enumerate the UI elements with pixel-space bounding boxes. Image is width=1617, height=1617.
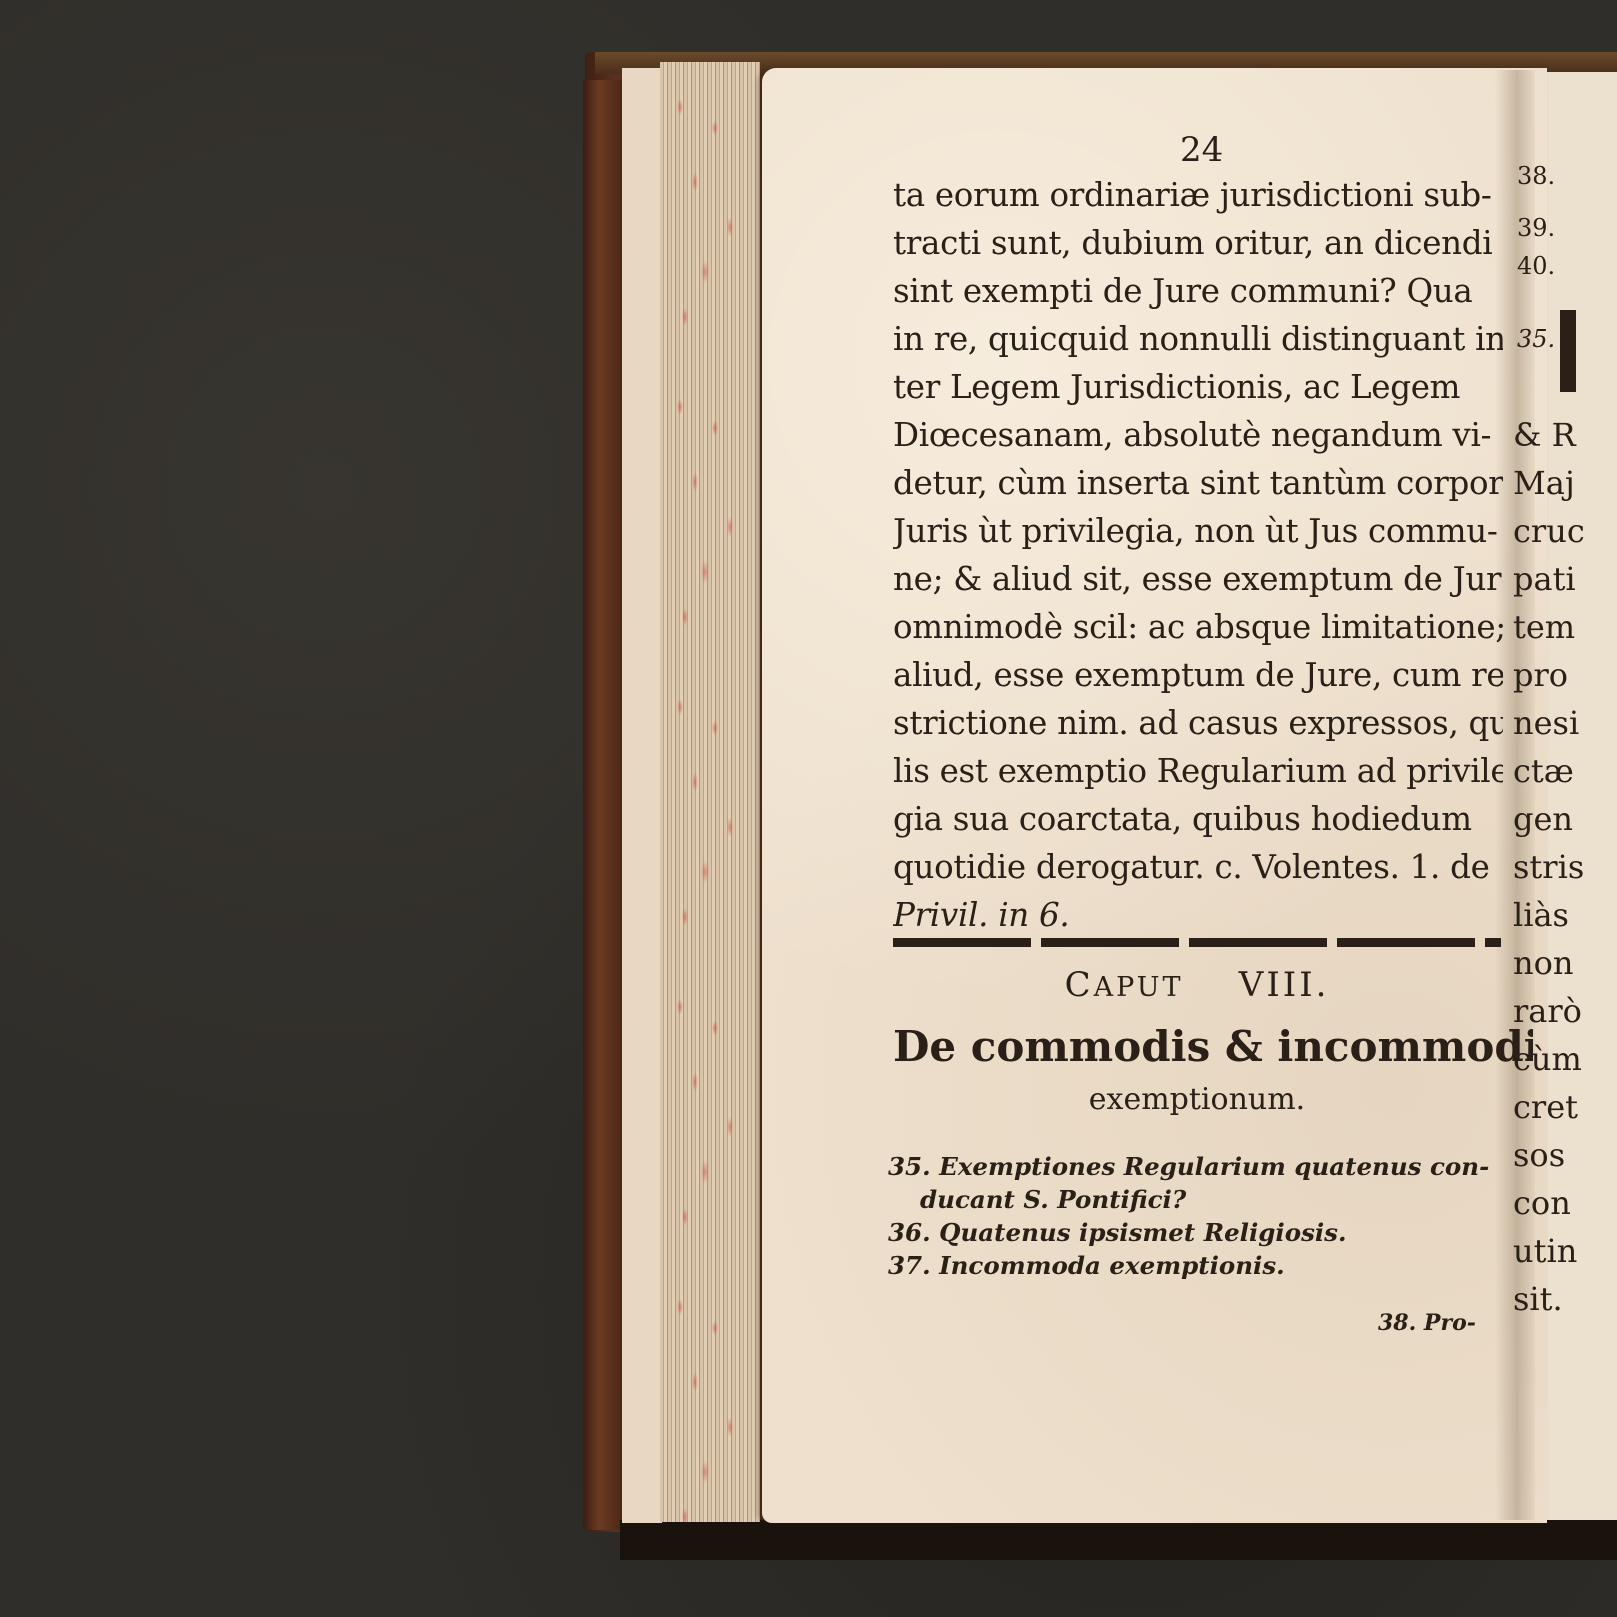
chapter-label-initial: C — [1065, 965, 1094, 1005]
text-line: lis est exemptio Regularium ad privile- — [893, 748, 1503, 796]
summary-text: Incommoda exemptionis. — [939, 1251, 1285, 1280]
text-line: ta eorum ordinariæ jurisdictioni sub- — [893, 172, 1503, 220]
summary-number: 36. — [888, 1218, 931, 1247]
chapter-title-continued: exemptionum. — [893, 1082, 1501, 1117]
text-line: omnimodè scil: ac absque limitatione; — [893, 604, 1503, 652]
facing-line: nesi — [1513, 700, 1617, 748]
facing-line: pati — [1513, 556, 1617, 604]
citation-line: Privil. in 6. — [893, 892, 1503, 940]
facing-line: sos — [1513, 1132, 1617, 1180]
summary-item: 35. Exemptiones Regularium quatenus con- — [888, 1150, 1508, 1183]
shadow — [620, 1520, 1617, 1560]
text-line: Diœcesanam, absolutè negandum vi- — [893, 412, 1503, 460]
text-line: gia sua coarctata, quibus hodiedum — [893, 796, 1503, 844]
facing-summary-number: 38. — [1517, 162, 1617, 190]
section-divider-rule — [893, 938, 1501, 947]
facing-line: cret — [1513, 1084, 1617, 1132]
chapter-label: CAPUT VIII. — [893, 965, 1501, 1005]
book-spine — [583, 80, 623, 1530]
chapter-title: De commodis & incommodis — [893, 1022, 1533, 1071]
text-line: sint exempti de Jure communi? Qua — [893, 268, 1503, 316]
text-line: aliud, esse exemptum de Jure, cum re- — [893, 652, 1503, 700]
summary-item: 37. Incommoda exemptionis. — [888, 1249, 1508, 1282]
drop-capital-fragment — [1560, 310, 1576, 392]
facing-line: utin — [1513, 1228, 1617, 1276]
summary-item: 36. Quatenus ipsismet Religiosis. — [888, 1216, 1508, 1249]
back-page-block — [622, 68, 662, 1523]
facing-line: Maj — [1513, 460, 1617, 508]
facing-summary-number: 40. — [1517, 252, 1617, 280]
facing-line: tem — [1513, 604, 1617, 652]
facing-line: liàs — [1513, 892, 1617, 940]
facing-line: cùm — [1513, 1036, 1617, 1084]
facing-line: rarò — [1513, 988, 1617, 1036]
facing-line: pro — [1513, 652, 1617, 700]
summary-text: ducant S. Pontifici? — [920, 1185, 1186, 1214]
facing-line: gen — [1513, 796, 1617, 844]
summary-number: 37. — [888, 1251, 931, 1280]
chapter-number: VIII. — [1239, 965, 1330, 1005]
facing-summary-number: 39. — [1517, 214, 1617, 242]
text-line: Juris ùt privilegia, non ùt Jus commu- — [893, 508, 1503, 556]
summary-text: Exemptiones Regularium quatenus con- — [939, 1152, 1489, 1181]
facing-line: sit. — [1513, 1276, 1617, 1324]
facing-line: stris — [1513, 844, 1617, 892]
facing-line: non — [1513, 940, 1617, 988]
facing-line: ctæ — [1513, 748, 1617, 796]
chapter-label-smallcaps: APUT — [1094, 972, 1184, 1003]
summary-number: 35. — [888, 1152, 931, 1181]
text-line: ter Legem Jurisdictionis, ac Legem — [893, 364, 1503, 412]
text-line: quotidie derogatur. c. Volentes. 1. de — [893, 844, 1503, 892]
summary-text: Quatenus ipsismet Religiosis. — [939, 1218, 1346, 1247]
summary-item: ducant S. Pontifici? — [920, 1183, 1540, 1216]
text-line: strictione nim. ad casus expressos, qua- — [893, 700, 1503, 748]
facing-line: & R — [1513, 412, 1617, 460]
page-number: 24 — [1180, 130, 1223, 170]
catchword: 38. Pro- — [1378, 1310, 1476, 1336]
text-line: detur, cùm inserta sint tantùm corpori — [893, 460, 1503, 508]
facing-line: con — [1513, 1180, 1617, 1228]
text-line: tracti sunt, dubium oritur, an dicendi — [893, 220, 1503, 268]
text-line: in re, quicquid nonnulli distinguant in- — [893, 316, 1503, 364]
facing-line: cruc — [1513, 508, 1617, 556]
text-line: ne; & aliud sit, esse exemptum de Jure, — [893, 556, 1503, 604]
sprinkled-page-edges — [660, 62, 760, 1522]
